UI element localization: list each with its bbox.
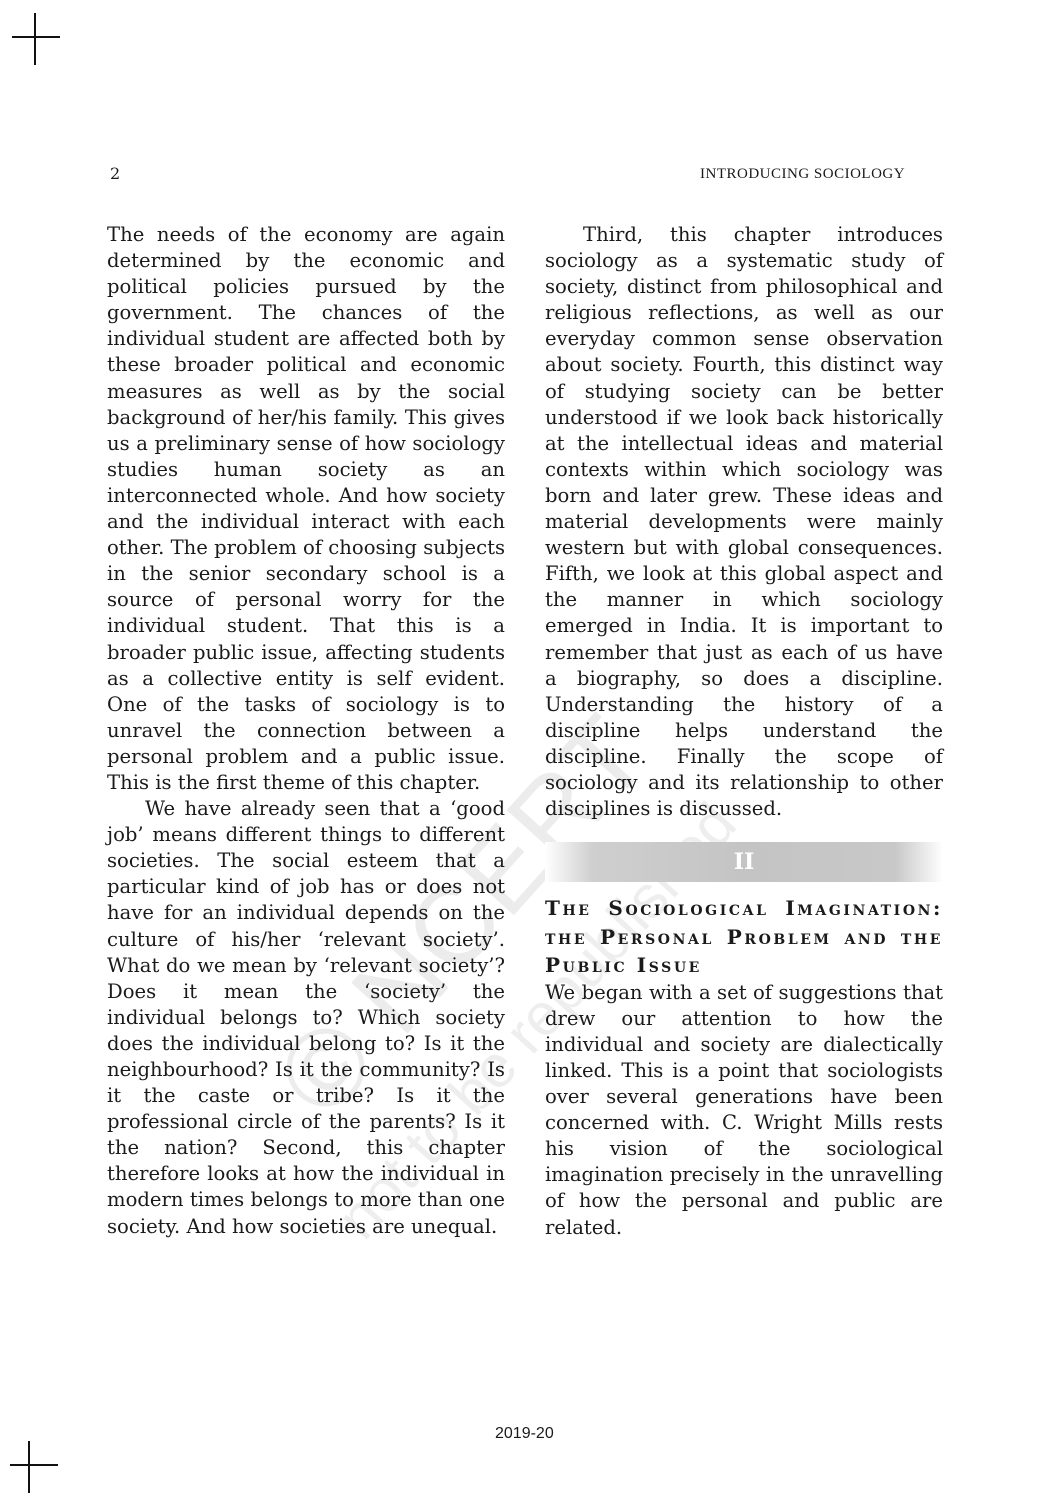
paragraph: We began with a set of suggestions that … (545, 980, 943, 1241)
footer-year: 2019-20 (495, 1425, 554, 1443)
running-head: INTRODUCING SOCIOLOGY (700, 166, 905, 183)
right-column: Third, this chapter introduces sociology… (545, 222, 943, 1241)
left-column: The needs of the economy are again deter… (107, 222, 505, 1240)
paragraph: Third, this chapter introduces sociology… (545, 222, 943, 822)
crop-mark-bottom-left-vertical (28, 1441, 30, 1493)
paragraph: The needs of the economy are again deter… (107, 222, 505, 796)
crop-mark-top-left-vertical (34, 13, 36, 65)
section-numeral: II (734, 849, 755, 875)
section-number-bar: II (545, 842, 943, 882)
crop-mark-top-left-horizontal (12, 36, 60, 38)
crop-mark-bottom-left-horizontal (10, 1464, 58, 1466)
paragraph: We have already seen that a ‘good job’ m… (107, 796, 505, 1240)
section-heading: The Sociological Imagination: the Person… (545, 894, 943, 980)
page-number: 2 (110, 164, 120, 183)
